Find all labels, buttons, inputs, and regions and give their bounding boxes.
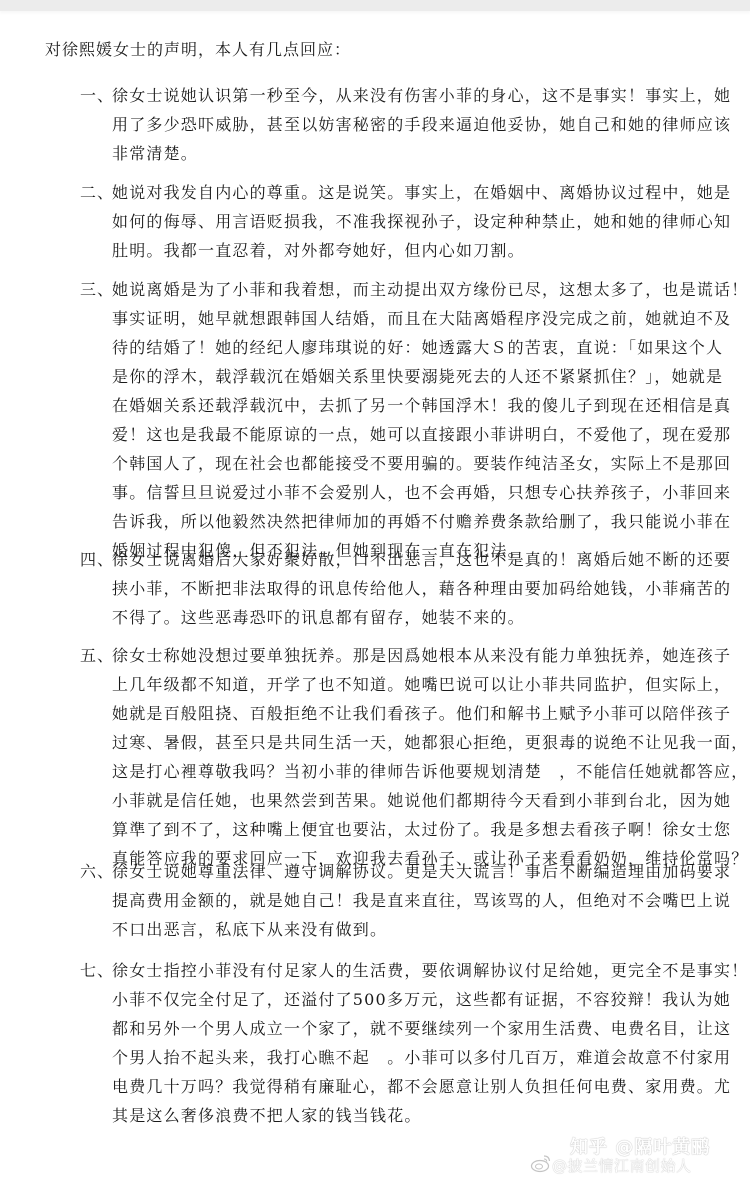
text-line: 小菲不仅完全付足了，还溢付了500多万元，这些都有证据，不容狡辩！我认为她 xyxy=(112,985,712,1014)
text-line: 用了多少恐吓威胁，甚至以妨害秘密的手段来逼迫他妥协，她自己和她的律师应该 xyxy=(112,110,712,139)
point-4: 四、 徐女士说离婚后大家好聚好散，口不出恶言，这也不是真的！离婚后她不断的还要 … xyxy=(80,545,720,632)
text-line: 都和另外一个男人成立一个家了，就不要继续列一个家用生活费、电费名目，让这 xyxy=(112,1014,712,1043)
point-5: 五、 徐女士称她没想过要单独抚养。那是因爲她根本从来没有能力单独抚养，她连孩子 … xyxy=(80,641,720,873)
point-body: 徐女士说她认识第一秒至今，从来没有伤害小菲的身心，这不是事实！事实上，她 用了多… xyxy=(112,81,712,168)
text-line: 事。信誓旦旦说爱过小菲不会爱别人，也不会再婚，只想专心扶养孩子，小菲回来 xyxy=(112,478,712,507)
text-line: 挟小菲，不断把非法取得的讯息传给他人，藉各种理由要加码给她钱，小菲痛苦的 xyxy=(112,574,712,603)
point-body: 徐女士指控小菲没有付足家人的生活费，要依调解协议付足给她，更完全不是事实！ 小菲… xyxy=(112,956,712,1130)
point-number: 五、 xyxy=(80,641,114,670)
text-line: 个男人抬不起头来，我打心瞧不起 。小菲可以多付几百万，难道会故意不付家用 xyxy=(112,1043,712,1072)
point-1: 一、 徐女士说她认识第一秒至今，从来没有伤害小菲的身心，这不是事实！事实上，她 … xyxy=(80,81,720,168)
text-line: 不口出恶言，私底下从来没有做到。 xyxy=(112,915,712,944)
text-line: 她就是百般阻挠、百般拒绝不让我们看孩子。他们和解书上赋予小菲可以陪伴孩子 xyxy=(112,699,712,728)
text-line: 提高费用金额的，就是她自己！我是直来直往，骂该骂的人，但绝对不会嘴巴上说 xyxy=(112,886,712,915)
text-line: 告诉我，所以他毅然决然把律师加的再婚不付赡养费条款给删了，我只能说小菲在 xyxy=(112,507,712,536)
text-line: 待的结婚了！她的经纪人廖玮琪说的好：她透露大Ｓ的苦衷，直说：「如果这个人 xyxy=(112,333,712,362)
text-line: 如何的侮辱、用言语贬损我，不准我探视孙子，设定种种禁止，她和她的律师心知 xyxy=(112,207,712,236)
point-number: 七、 xyxy=(80,956,114,985)
text-line: 不得了。这些恶毒恐吓的讯息都有留存，她装不来的。 xyxy=(112,603,712,632)
point-number: 一、 xyxy=(80,81,114,110)
watermark: 知乎 @隔叶黄鹂 @披兰情江南创始人 xyxy=(530,1133,750,1181)
point-body: 徐女士说她尊重法律、遵守调解协议。更是天大谎言！事后不断编造理由加码要求 提高费… xyxy=(112,857,712,944)
point-body: 她说离婚是为了小菲和我着想，而主动提出双方缘份已尽，这想太多了，也是谎话！ 事实… xyxy=(112,275,712,565)
text-line: 是你的浮木，载浮载沉在婚姻关系里快要溺毙死去的人还不紧紧抓住？」，她就是 xyxy=(112,362,712,391)
weibo-icon xyxy=(530,1153,552,1173)
text-line: 她说对我发自内心的尊重。这是说笑。事实上，在婚姻中、离婚协议过程中，她是 xyxy=(112,178,712,207)
point-number: 三、 xyxy=(80,275,114,304)
point-number: 六、 xyxy=(80,857,114,886)
text-line: 徐女士说她认识第一秒至今，从来没有伤害小菲的身心，这不是事实！事实上，她 xyxy=(112,81,712,110)
text-line: 徐女士称她没想过要单独抚养。那是因爲她根本从来没有能力单独抚养，她连孩子 xyxy=(112,641,712,670)
text-line: 徐女士说离婚后大家好聚好散，口不出恶言，这也不是真的！离婚后她不断的还要 xyxy=(112,545,712,574)
text-line: 个韩国人了，现在社会也都能接受不要用骗的。要装作纯洁圣女，实际上不是那回 xyxy=(112,449,712,478)
statement-intro: 对徐熙媛女士的声明，本人有几点回应： xyxy=(45,36,351,64)
text-line: 肚明。我都一直忍着，对外都夸她好，但内心如刀割。 xyxy=(112,236,712,265)
point-number: 二、 xyxy=(80,178,114,207)
text-line: 在婚姻关系还载浮载沉中，去抓了另一个韩国浮木！我的傻儿子到现在还相信是真 xyxy=(112,391,712,420)
point-number: 四、 xyxy=(80,545,114,574)
watermark-weibo: @披兰情江南创始人 xyxy=(552,1155,692,1176)
text-line: 她说离婚是为了小菲和我着想，而主动提出双方缘份已尽，这想太多了，也是谎话！ xyxy=(112,275,712,304)
text-line: 小菲就是信任她，也果然尝到苦果。她说他们都期待今天看到小菲到台北，因为她 xyxy=(112,786,712,815)
text-line: 爱！这也是我最不能原谅的一点，她可以直接跟小菲讲明白，不爱他了，现在爱那 xyxy=(112,420,712,449)
top-bar xyxy=(0,0,750,11)
point-3: 三、 她说离婚是为了小菲和我着想，而主动提出双方缘份已尽，这想太多了，也是谎话！… xyxy=(80,275,720,565)
text-line: 徐女士指控小菲没有付足家人的生活费，要依调解协议付足给她，更完全不是事实！ xyxy=(112,956,712,985)
point-2: 二、 她说对我发自内心的尊重。这是说笑。事实上，在婚姻中、离婚协议过程中，她是 … xyxy=(80,178,720,265)
text-line: 非常清楚。 xyxy=(112,139,712,168)
text-line: 其是这么奢侈浪费不把人家的钱当钱花。 xyxy=(112,1101,712,1130)
text-line: 事实证明，她早就想跟韩国人结婚，而且在大陆离婚程序没完成之前，她就迫不及 xyxy=(112,304,712,333)
text-line: 电费几十万吗？我觉得稍有廉耻心，都不会愿意让别人负担任何电费、家用费。尤 xyxy=(112,1072,712,1101)
point-body: 她说对我发自内心的尊重。这是说笑。事实上，在婚姻中、离婚协议过程中，她是 如何的… xyxy=(112,178,712,265)
text-line: 上几年级都不知道，开学了也不知道。她嘴巴说可以让小菲共同监护，但实际上， xyxy=(112,670,712,699)
point-6: 六、 徐女士说她尊重法律、遵守调解协议。更是天大谎言！事后不断编造理由加码要求 … xyxy=(80,857,720,944)
text-line: 算準了到不了，这种嘴上便宜也要沾，太过份了。我是多想去看孩子啊！徐女士您 xyxy=(112,815,712,844)
point-body: 徐女士说离婚后大家好聚好散，口不出恶言，这也不是真的！离婚后她不断的还要 挟小菲… xyxy=(112,545,712,632)
text-line: 这是打心裡尊敬我吗？当初小菲的律师告诉他要规划清楚 ，不能信任她就都答应， xyxy=(112,757,712,786)
text-line: 过寒、暑假，甚至只是共同生活一天，她都狠心拒绝，更狠毒的说绝不让见我一面， xyxy=(112,728,712,757)
text-line: 徐女士说她尊重法律、遵守调解协议。更是天大谎言！事后不断编造理由加码要求 xyxy=(112,857,712,886)
point-body: 徐女士称她没想过要单独抚养。那是因爲她根本从来没有能力单独抚养，她连孩子 上几年… xyxy=(112,641,712,873)
point-7: 七、 徐女士指控小菲没有付足家人的生活费，要依调解协议付足给她，更完全不是事实！… xyxy=(80,956,720,1130)
